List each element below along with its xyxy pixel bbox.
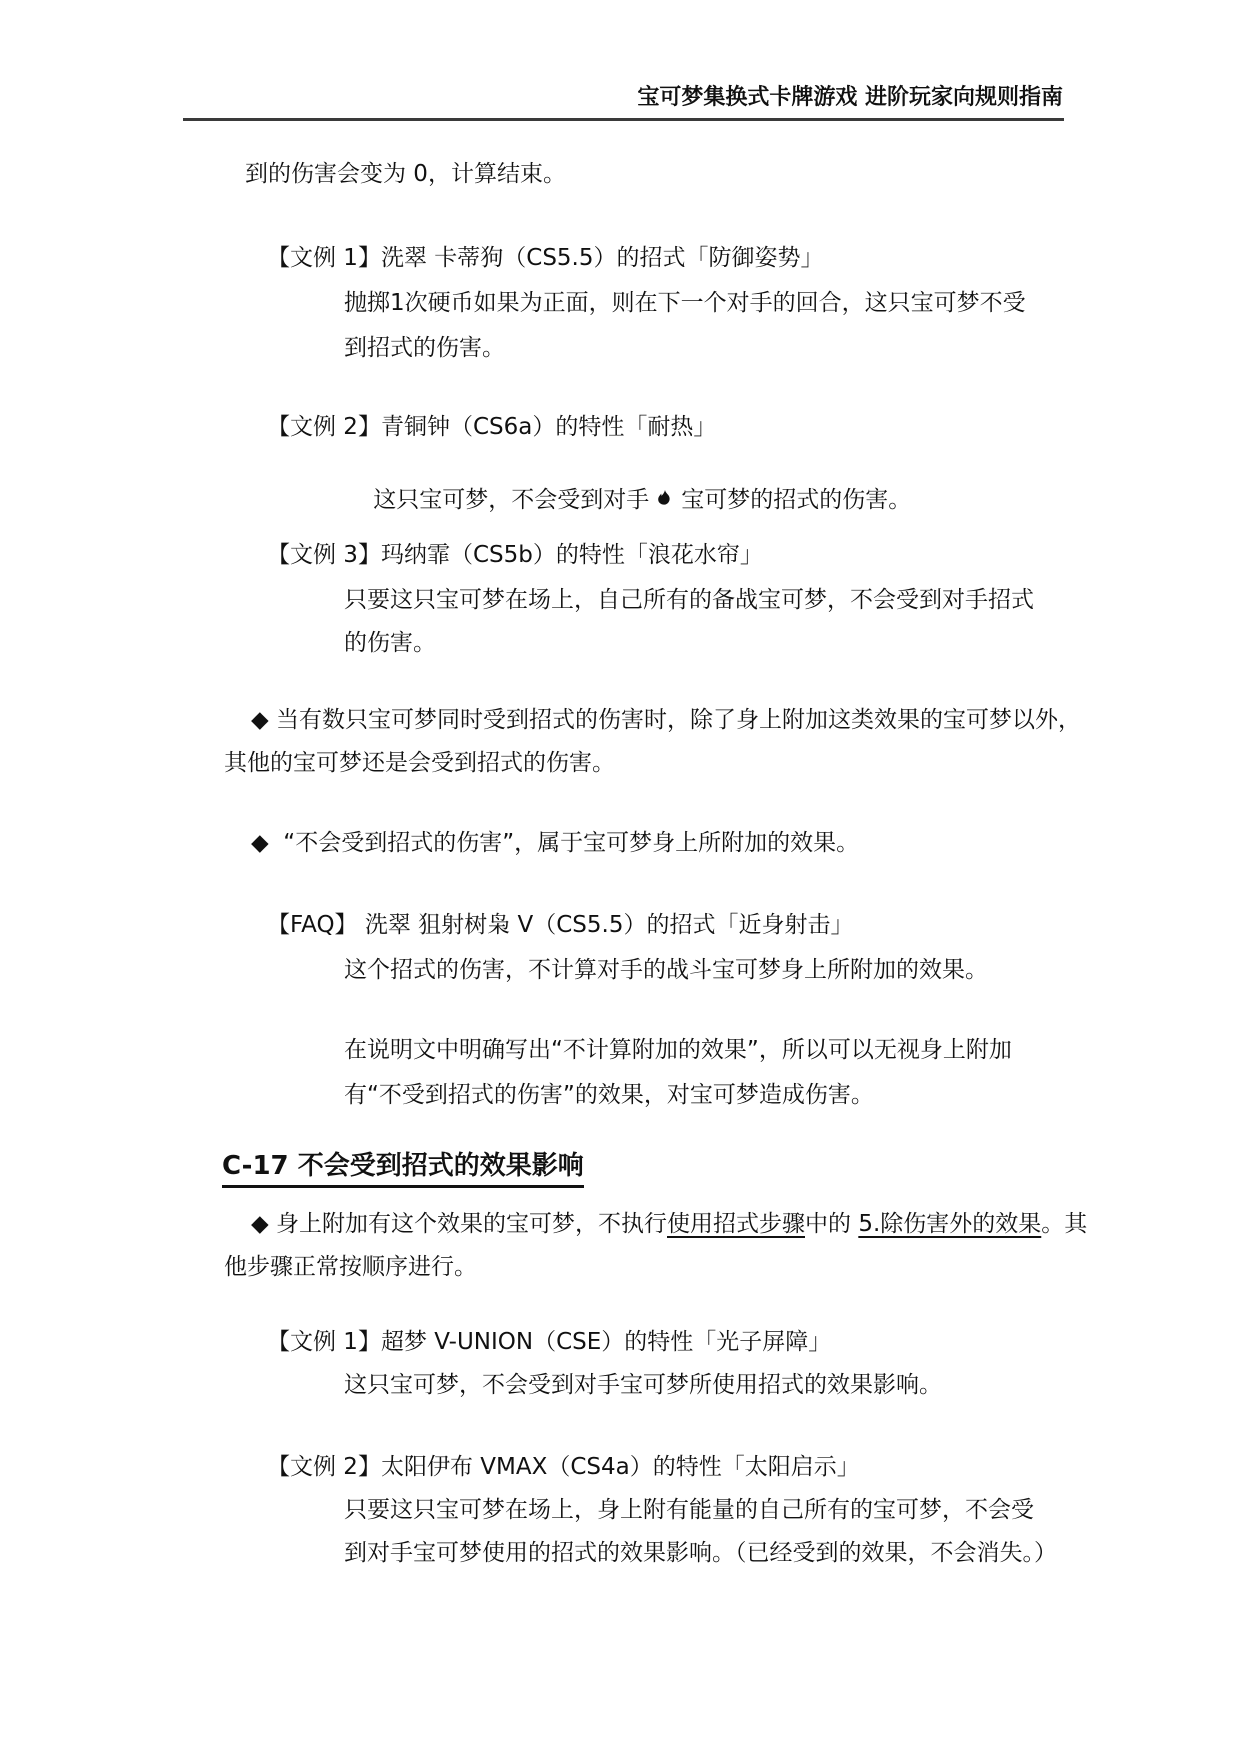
- faq-title-line: 【FAQ】 洗翠 狙射树枭 V（CS5.5）的招式「近身射击」: [267, 911, 853, 939]
- example-2-text-after-icon: 宝可梦的招式的伤害。: [681, 487, 911, 513]
- example-3-body-line-2: 的伤害。: [344, 629, 436, 657]
- example-1-body-line-1: 抛掷1次硬币如果为正面，则在下一个对手的回合，这只宝可梦不受: [344, 289, 1026, 317]
- c17-bullet-line-2: 他步骤正常按顺序进行。: [224, 1253, 477, 1281]
- example-2-title-line: 【文例 2】青铜钟（CS6a）的特性「耐热」: [267, 413, 716, 441]
- example-3-title-line: 【文例 3】玛纳霏（CS5b）的特性「浪花水帘」: [267, 541, 763, 569]
- header-divider: [183, 118, 1064, 121]
- c17-example-1-body-line-1: 这只宝可梦，不会受到对手宝可梦所使用招式的效果影响。: [344, 1371, 942, 1399]
- page-header-title: 宝可梦集换式卡牌游戏 进阶玩家向规则指南: [183, 84, 1063, 112]
- faq-note-line-2: 有“不受到招式的伤害”的效果，对宝可梦造成伤害。: [344, 1081, 874, 1109]
- faq-note-line-1: 在说明文中明确写出“不计算附加的效果”，所以可以无视身上附加: [344, 1036, 1012, 1064]
- c17-bullet-line-1: ◆ 身上附加有这个效果的宝可梦，不执行使用招式步骤中的 5.除伤害外的效果。其: [251, 1210, 1087, 1238]
- section-c17-heading: C-17 不会受到招式的效果影响: [222, 1152, 584, 1188]
- bullet-1-line-2: 其他的宝可梦还是会受到招式的伤害。: [224, 749, 615, 777]
- bullet-2-line-1: ◆ “不会受到招式的伤害”，属于宝可梦身上所附加的效果。: [251, 829, 859, 857]
- c17-example-2-title-line: 【文例 2】太阳伊布 VMAX（CS4a）的特性「太阳启示」: [267, 1453, 860, 1481]
- text-run: ◆ 身上附加有这个效果的宝可梦，不执行: [251, 1211, 667, 1237]
- c17-example-2-body-line-2: 到对手宝可梦使用的招式的效果影响。（已经受到的效果，不会消失。）: [344, 1539, 1057, 1567]
- rules-document-page: 宝可梦集换式卡牌游戏 进阶玩家向规则指南 到的伤害会变为 0，计算结束。 【文例…: [0, 0, 1241, 1755]
- intro-line: 到的伤害会变为 0，计算结束。: [245, 160, 566, 188]
- underlined-reference-text: 5.除伤害外的效果: [858, 1211, 1041, 1237]
- example-3-body-line-1: 只要这只宝可梦在场上，自己所有的备战宝可梦，不会受到对手招式: [344, 586, 1034, 614]
- example-1-title-line: 【文例 1】洗翠 卡蒂狗（CS5.5）的招式「防御姿势」: [267, 244, 824, 272]
- example-2-body-line-1: 这只宝可梦，不会受到对手宝可梦的招式的伤害。: [344, 458, 911, 546]
- bullet-1-line-1: ◆ 当有数只宝可梦同时受到招式的伤害时，除了身上附加这类效果的宝可梦以外，: [251, 706, 1081, 734]
- example-2-text-before-icon: 这只宝可梦，不会受到对手: [373, 487, 649, 513]
- text-run: 中的: [805, 1211, 858, 1237]
- c17-example-2-body-line-1: 只要这只宝可梦在场上，身上附有能量的自己所有的宝可梦，不会受: [344, 1496, 1034, 1524]
- fire-energy-icon: [655, 487, 675, 518]
- underlined-reference-text: 使用招式步骤: [667, 1211, 805, 1237]
- faq-body-line-1: 这个招式的伤害，不计算对手的战斗宝可梦身上所附加的效果。: [344, 956, 988, 984]
- c17-example-1-title-line: 【文例 1】超梦 V-UNION（CSE）的特性「光子屏障」: [267, 1328, 831, 1356]
- example-1-body-line-2: 到招式的伤害。: [344, 334, 505, 362]
- text-run: 。其: [1041, 1211, 1087, 1237]
